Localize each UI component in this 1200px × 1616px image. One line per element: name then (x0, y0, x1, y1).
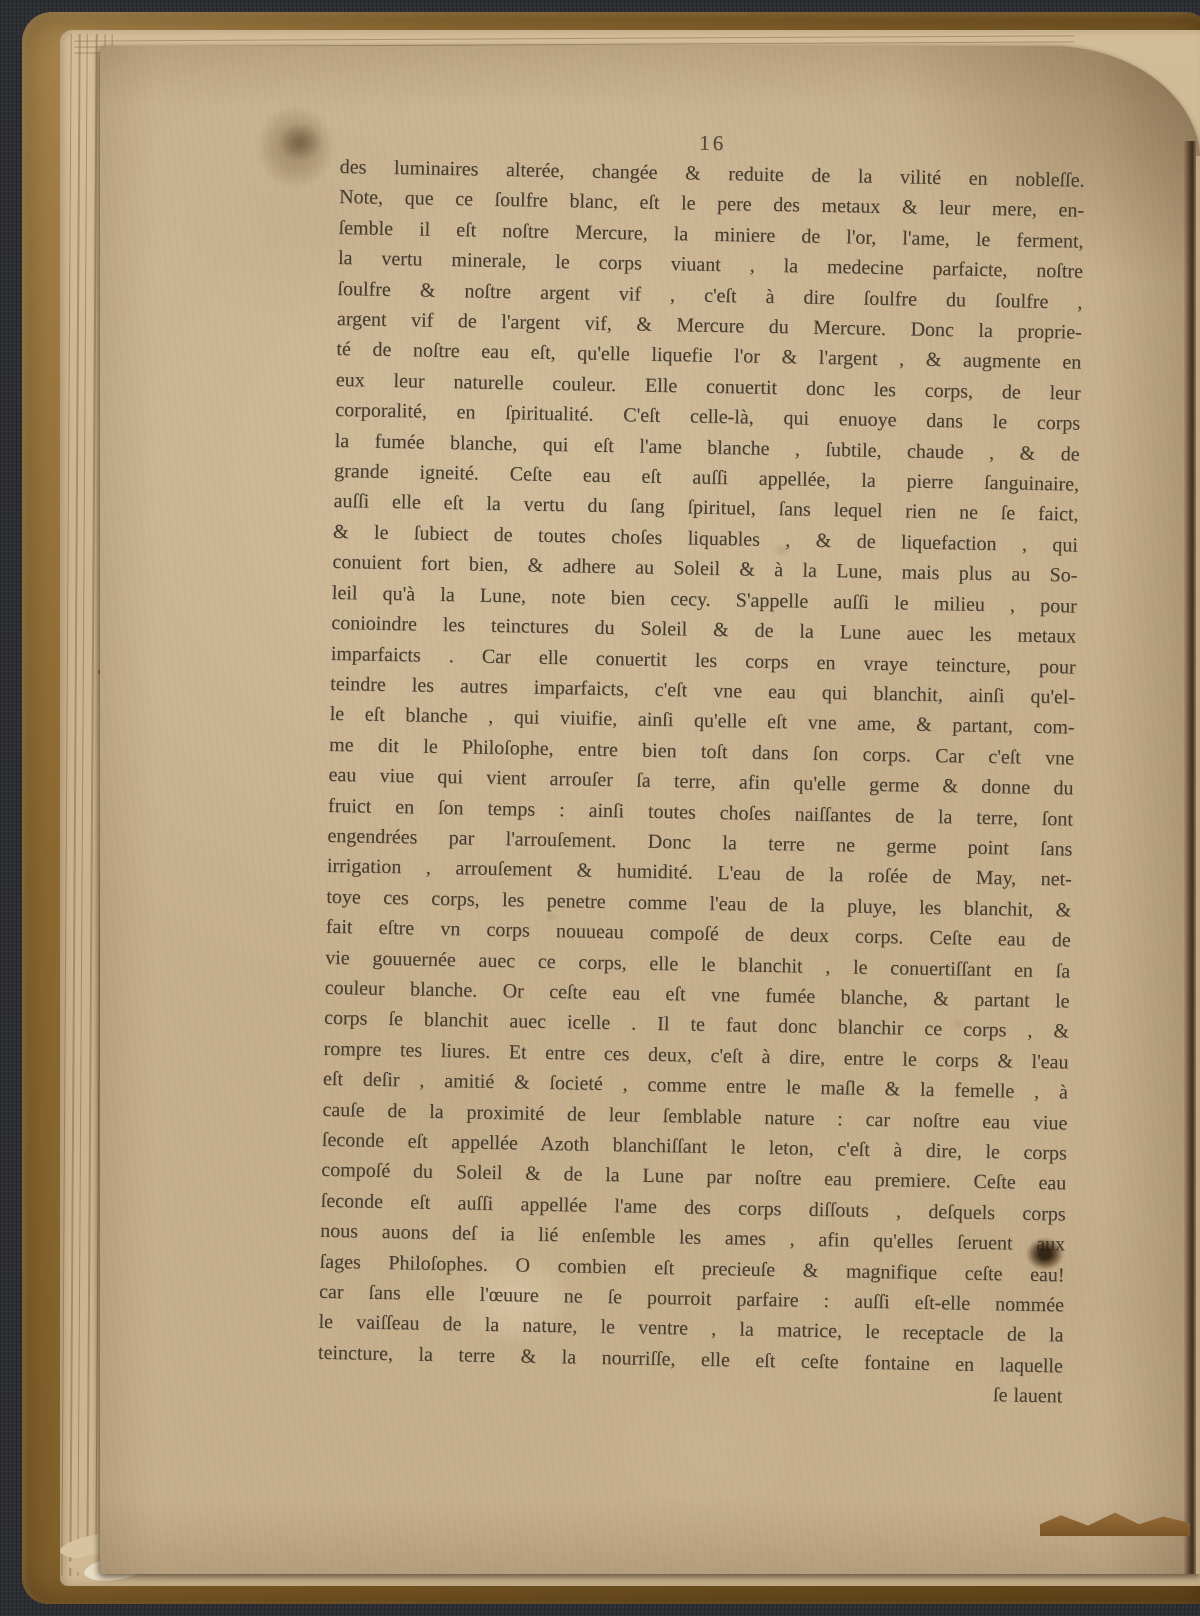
gutter-shadow (1184, 141, 1196, 1574)
ink-smudge (248, 96, 343, 198)
gutter-page-sliver (1196, 156, 1200, 1574)
ink-blot (1024, 1236, 1066, 1272)
book-page: 16 des luminaires alterée, changée & red… (100, 46, 1200, 1574)
text-rotor: 16 des luminaires alterée, changée & red… (317, 152, 1085, 1412)
text-block: des luminaires alterée, changée & reduit… (317, 152, 1085, 1412)
page-top-edge-line (74, 35, 1074, 41)
book-scan: 16 des luminaires alterée, changée & red… (0, 0, 1200, 1616)
